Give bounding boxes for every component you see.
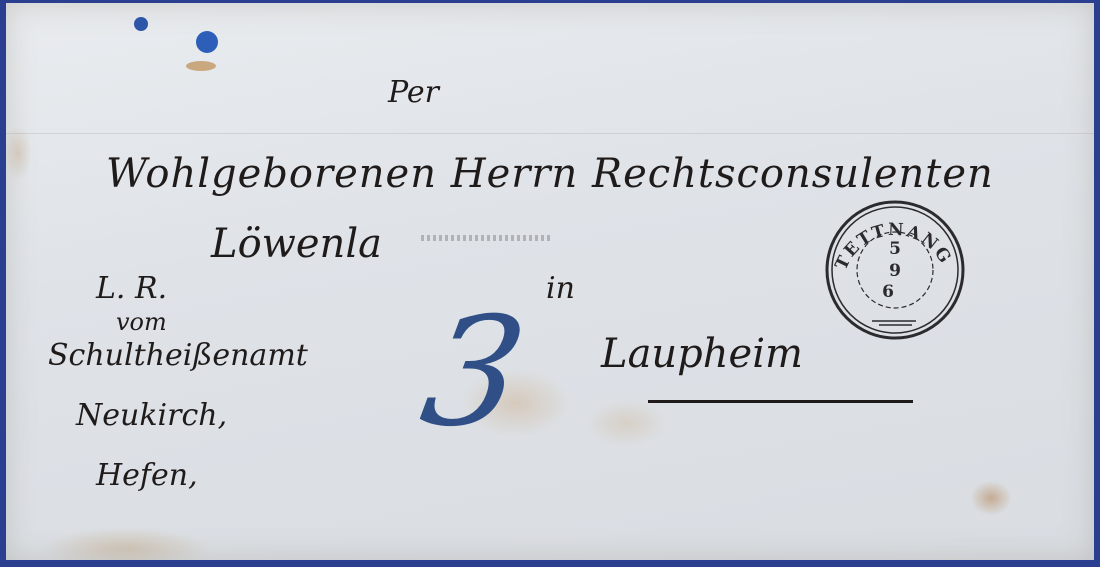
blue-ink-blot xyxy=(196,31,218,53)
postmark-stamp: TETTNANG 5 9 6 xyxy=(824,199,966,341)
photo-scene: Per Wohlgeborenen Herrn Rechtsconsulente… xyxy=(0,0,1100,567)
destination-town: Laupheim xyxy=(601,331,803,377)
fold-crease xyxy=(6,133,1094,134)
sender-line-1: L. R. xyxy=(96,271,167,306)
blue-crayon-marking: 3 xyxy=(413,298,535,448)
sender-line-2: vom xyxy=(116,308,167,336)
sender-line-3: Schultheißenamt xyxy=(48,338,308,373)
address-line-1: Wohlgeborenen Herrn Rechtsconsulenten xyxy=(106,151,994,197)
destination-underline xyxy=(648,400,913,403)
postmark-ornament xyxy=(872,321,916,325)
postmark-day: 5 xyxy=(889,239,901,259)
address-line-2: Löwenla xyxy=(211,221,382,267)
rust-stain xyxy=(186,61,216,71)
per-line: Per xyxy=(388,75,439,110)
ink-offset-smudge xyxy=(421,235,551,241)
letter-cover: Per Wohlgeborenen Herrn Rechtsconsulente… xyxy=(6,3,1094,560)
postmark-month: 9 xyxy=(889,261,901,281)
in-word: in xyxy=(546,271,575,306)
blue-ink-blot xyxy=(134,17,148,31)
postmark-year: 6 xyxy=(882,282,894,302)
sender-line-5: Hefen, xyxy=(96,458,198,493)
sender-line-4: Neukirch, xyxy=(76,398,227,433)
